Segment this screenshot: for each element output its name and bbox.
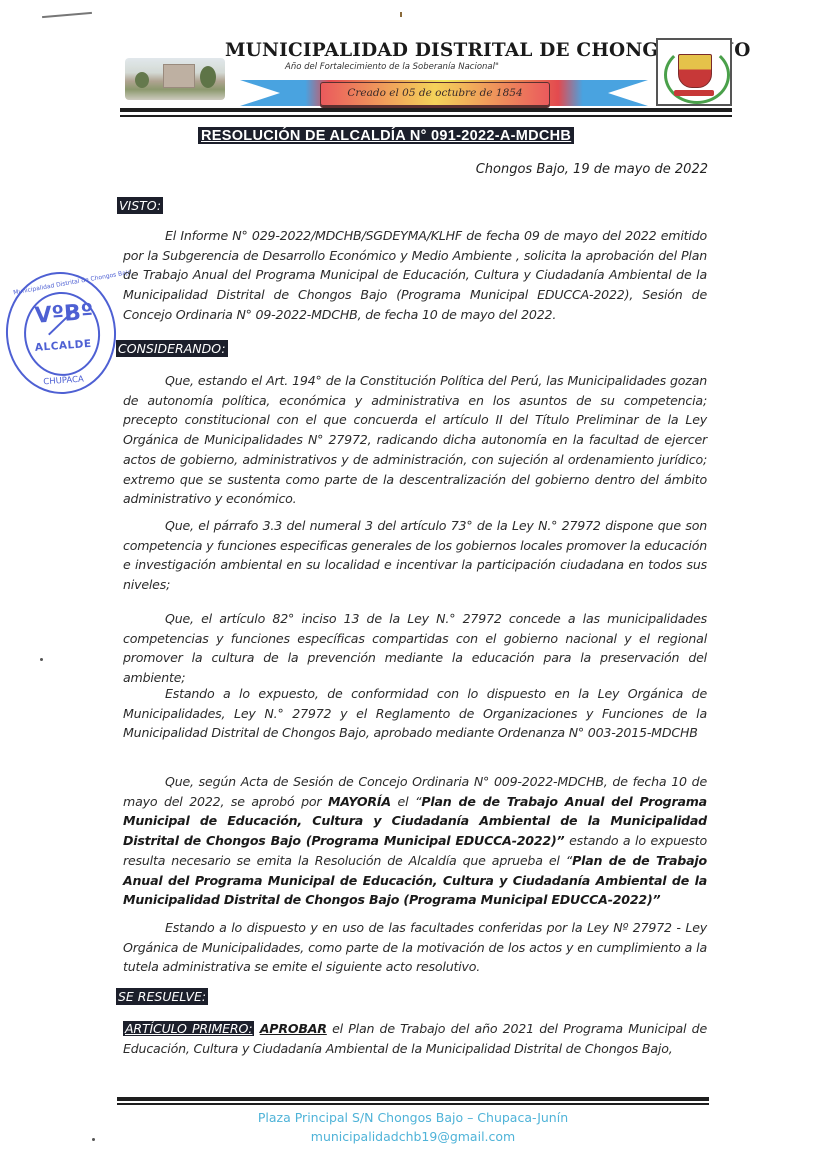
year-motto: Año del Fortalecimiento de la Soberanía … <box>285 62 499 72</box>
header-divider <box>120 115 732 117</box>
acta-text: el “ <box>391 794 421 809</box>
considerando-paragraph: Que, el párrafo 3.3 del numeral 3 del ar… <box>123 516 707 595</box>
articulo-primero-label: ARTÍCULO PRIMERO: <box>123 1021 254 1036</box>
tree-shape <box>200 66 216 88</box>
articulo-primero-paragraph: ARTÍCULO PRIMERO: APROBAR el Plan de Tra… <box>123 1019 707 1058</box>
founding-ribbon: Creado el 05 de octubre de 1854 <box>320 82 550 106</box>
articulo-primero-verb: APROBAR <box>260 1021 327 1036</box>
facultades-text: Estando a lo dispuesto y en uso de las f… <box>123 920 707 974</box>
coat-of-arms-icon <box>656 38 732 106</box>
stripe-notch <box>608 80 648 106</box>
founding-date: Creado el 05 de octubre de 1854 <box>321 87 549 99</box>
se-resuelve-label: SE RESUELVE: <box>116 988 208 1005</box>
facultades-paragraph: Estando a lo dispuesto y en uso de las f… <box>123 918 707 977</box>
visto-paragraph: El Informe N° 029-2022/MDCHB/SGDEYMA/KLH… <box>123 226 707 325</box>
considerando-text: Estando a lo expuesto, de conformidad co… <box>123 686 707 740</box>
acta-majority: MAYORÍA <box>328 794 391 809</box>
visto-text: El Informe N° 029-2022/MDCHB/SGDEYMA/KLH… <box>123 228 707 322</box>
footer-divider <box>117 1103 709 1105</box>
stamp-vobo: VºBº <box>34 300 94 329</box>
place-date: Chongos Bajo, 19 de mayo de 2022 <box>476 162 708 177</box>
visto-label: VISTO: <box>117 197 163 214</box>
considerando-text: Que, el artículo 82° inciso 13 de la Ley… <box>123 611 707 685</box>
scan-artifact <box>40 658 43 661</box>
considerando-paragraph: Que, el artículo 82° inciso 13 de la Ley… <box>123 609 707 688</box>
footer-email: municipalidadchb19@gmail.com <box>0 1129 826 1144</box>
considerando-paragraph: Que, estando el Art. 194° de la Constitu… <box>123 371 707 509</box>
scan-artifact <box>400 12 402 17</box>
resolution-title: RESOLUCIÓN DE ALCALDÍA N° 091-2022-A-MDC… <box>198 127 574 144</box>
considerando-text: Que, estando el Art. 194° de la Constitu… <box>123 373 707 506</box>
acta-paragraph: Que, según Acta de Sesión de Concejo Ord… <box>123 772 707 910</box>
banner-shape <box>674 90 714 96</box>
stripe-notch <box>240 80 280 106</box>
footer-divider <box>117 1097 709 1101</box>
church-photo <box>125 58 225 100</box>
shield-icon <box>678 54 712 88</box>
church-shape <box>163 64 195 88</box>
scan-artifact <box>92 1138 95 1141</box>
considerando-paragraph: Estando a lo expuesto, de conformidad co… <box>123 684 707 743</box>
header-divider <box>120 108 732 112</box>
stamp-arc-text: Municipalidad Distrital de Chongos Bajo <box>13 269 132 297</box>
stamp-location: CHUPACA <box>43 375 84 388</box>
tree-shape <box>135 72 149 88</box>
considerando-label: CONSIDERANDO: <box>116 340 228 357</box>
letterhead: MUNICIPALIDAD DISTRITAL DE CHONGOS BAJO … <box>120 36 732 120</box>
mayor-approval-stamp: Municipalidad Distrital de Chongos Bajo … <box>2 268 120 397</box>
scan-artifact <box>42 12 92 18</box>
considerando-text: Que, el párrafo 3.3 del numeral 3 del ar… <box>123 518 707 592</box>
footer-address: Plaza Principal S/N Chongos Bajo – Chupa… <box>0 1110 826 1125</box>
